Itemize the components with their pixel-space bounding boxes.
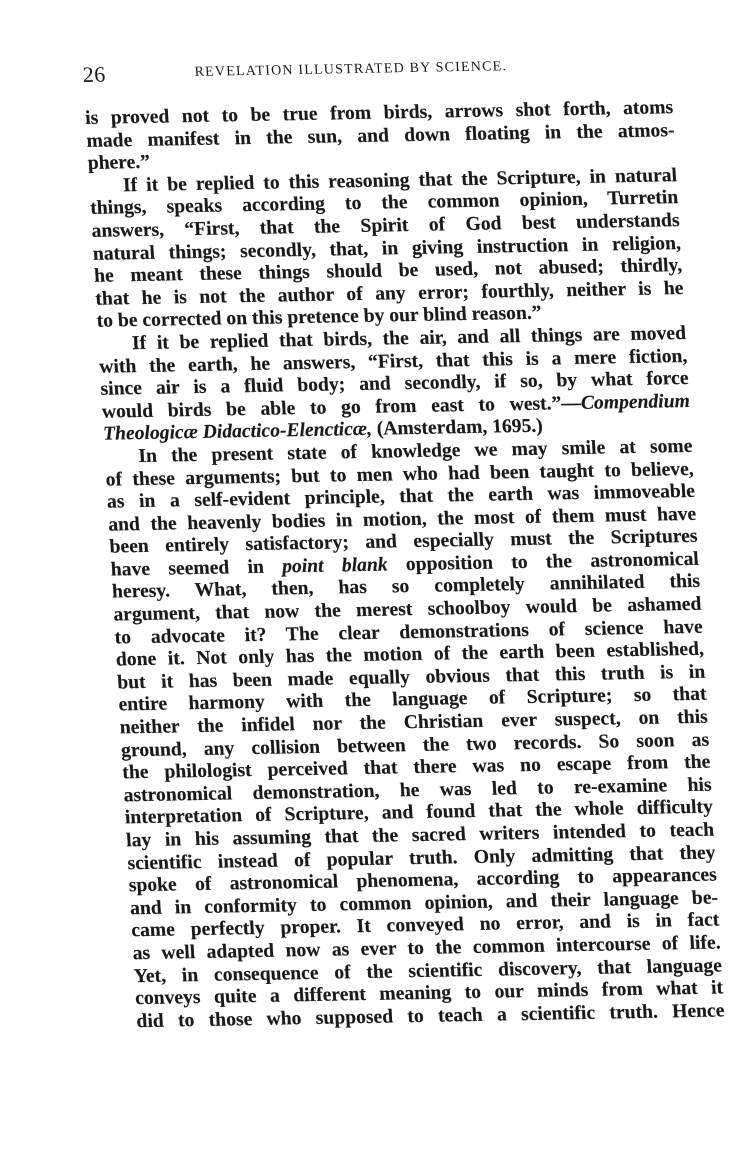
text-fragment: (Amsterdam, 1695.)	[371, 416, 543, 440]
book-title-italic: Theologicæ Didactico-Elencticæ,	[103, 419, 373, 445]
page-number: 26	[82, 62, 106, 88]
book-page: 26 REVELATION ILLUSTRATED BY SCIENCE. is…	[0, 0, 750, 1150]
emphasis-italic: point blank	[282, 554, 389, 577]
body-text: is proved not to be true from birds, arr…	[85, 97, 725, 1033]
text-fragment: have seemed in	[110, 556, 283, 580]
running-head: 26 REVELATION ILLUSTRATED BY SCIENCE.	[82, 51, 672, 92]
running-title: REVELATION ILLUSTRATED BY SCIENCE.	[194, 59, 507, 81]
book-title-italic: Compendium	[580, 391, 690, 414]
page-sheet: 26 REVELATION ILLUSTRATED BY SCIENCE. is…	[82, 51, 725, 1033]
